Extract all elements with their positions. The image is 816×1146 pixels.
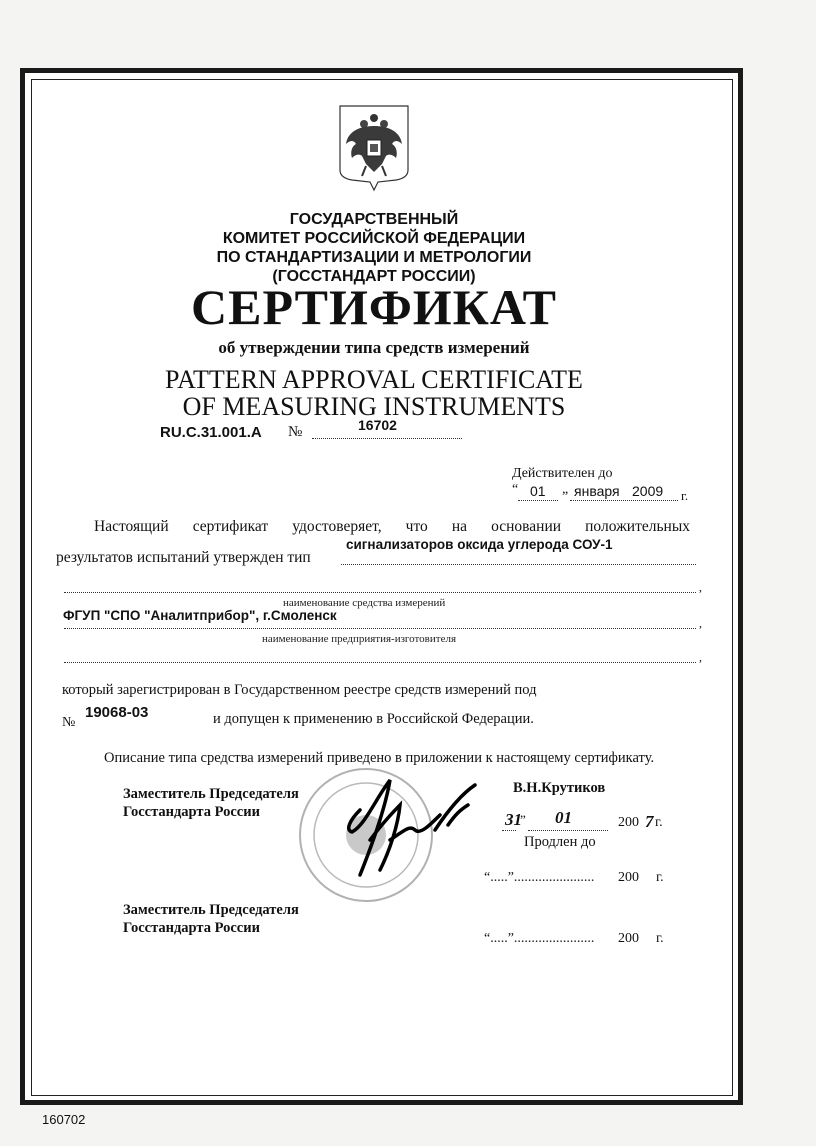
valid-until-day: 01 — [530, 483, 546, 499]
cert-code: RU.C.31.001.A — [160, 424, 262, 441]
signatory-1-title: Заместитель Председателя Госстандарта Ро… — [123, 785, 299, 821]
extended-suffix: г. — [656, 870, 664, 886]
subtitle-en: PATTERN APPROVAL CERTIFICATE OF MEASURIN… — [0, 366, 748, 420]
cert-number-line — [312, 438, 462, 439]
valid-until-label: Действителен до — [512, 466, 613, 482]
signatory-1-title-line-1: Заместитель Председателя — [123, 785, 299, 803]
valid-until-year: 2009 — [632, 483, 663, 499]
issuer-line-3: ПО СТАНДАРТИЗАЦИИ И МЕТРОЛОГИИ — [0, 248, 748, 267]
signatory-1-date-suffix: г. — [655, 815, 663, 831]
valid-until-month-line — [570, 500, 678, 501]
body-paragraph-line-1: Настоящий сертификат удостоверяет, что н… — [94, 518, 690, 536]
comma: , — [699, 580, 702, 595]
valid-until-suffix: г. — [681, 488, 688, 504]
manufacturer: ФГУП "СПО "Аналитприбор", г.Смоленск — [63, 608, 337, 623]
extended-label: Продлен до — [524, 834, 596, 851]
signatory-1-date-month: 01 — [555, 808, 572, 828]
footer-code: 160702 — [42, 1112, 85, 1127]
issuer-block: ГОСУДАРСТВЕННЫЙ КОМИТЕТ РОССИЙСКОЙ ФЕДЕР… — [0, 210, 748, 286]
issuer-line-1: ГОСУДАРСТВЕННЫЙ — [0, 210, 748, 229]
instrument-type-line — [341, 564, 696, 565]
signatory-1-month-line — [528, 830, 608, 831]
valid-until-close-quote: „ — [562, 482, 568, 498]
instrument-type: сигнализаторов оксида углерода СОУ-1 — [346, 537, 613, 552]
cert-number-sign: № — [288, 424, 302, 441]
signatory-2-title: Заместитель Председателя Госстандарта Ро… — [123, 901, 299, 937]
page-title: СЕРТИФИКАТ — [0, 278, 748, 336]
registered-text: который зарегистрирован в Государственно… — [62, 682, 536, 699]
signatory-1-title-line-2: Госстандарта России — [123, 803, 299, 821]
signature-icon — [330, 770, 480, 880]
caption-manufacturer: наименование предприятия-изготовителя — [262, 633, 456, 645]
signatory-2-title-line-2: Госстандарта России — [123, 919, 299, 937]
subtitle-en-line-2: OF MEASURING INSTRUMENTS — [0, 393, 748, 420]
signatory-1-name: В.Н.Крутиков — [513, 780, 605, 797]
coat-of-arms-icon — [336, 104, 412, 192]
admitted-text: и допущен к применению в Российской Феде… — [213, 711, 534, 728]
manufacturer-line-2 — [64, 662, 696, 663]
manufacturer-line — [64, 628, 696, 629]
valid-until-month: января — [574, 483, 620, 499]
subtitle-en-line-1: PATTERN APPROVAL CERTIFICATE — [0, 366, 748, 393]
registry-number: 19068-03 — [85, 704, 148, 721]
valid-until-day-line — [518, 500, 558, 501]
signatory-2-suffix: г. — [656, 931, 664, 947]
comma: , — [699, 650, 702, 665]
signatory-1-day-line — [502, 830, 516, 831]
cert-number: 16702 — [358, 417, 397, 433]
signatory-2-title-line-1: Заместитель Председателя — [123, 901, 299, 919]
registry-number-sign: № — [62, 715, 75, 731]
quote: ” — [520, 812, 526, 828]
extended-date: “.....”....................... — [484, 870, 594, 886]
comma: , — [699, 616, 702, 631]
signatory-1-year-digit: 7 — [645, 812, 654, 832]
signatory-2-date: “.....”....................... — [484, 931, 594, 947]
valid-until-open-quote: “ — [512, 482, 518, 498]
subtitle-ru: об утверждении типа средств измерений — [0, 338, 748, 358]
extended-year-prefix: 200 — [618, 870, 639, 886]
instrument-type-line-2 — [64, 592, 696, 593]
issuer-line-2: КОМИТЕТ РОССИЙСКОЙ ФЕДЕРАЦИИ — [0, 229, 748, 248]
signatory-1-year-prefix: 200 — [618, 815, 639, 831]
body-paragraph-line-2: результатов испытаний утвержден тип — [56, 549, 311, 567]
signatory-2-year-prefix: 200 — [618, 931, 639, 947]
